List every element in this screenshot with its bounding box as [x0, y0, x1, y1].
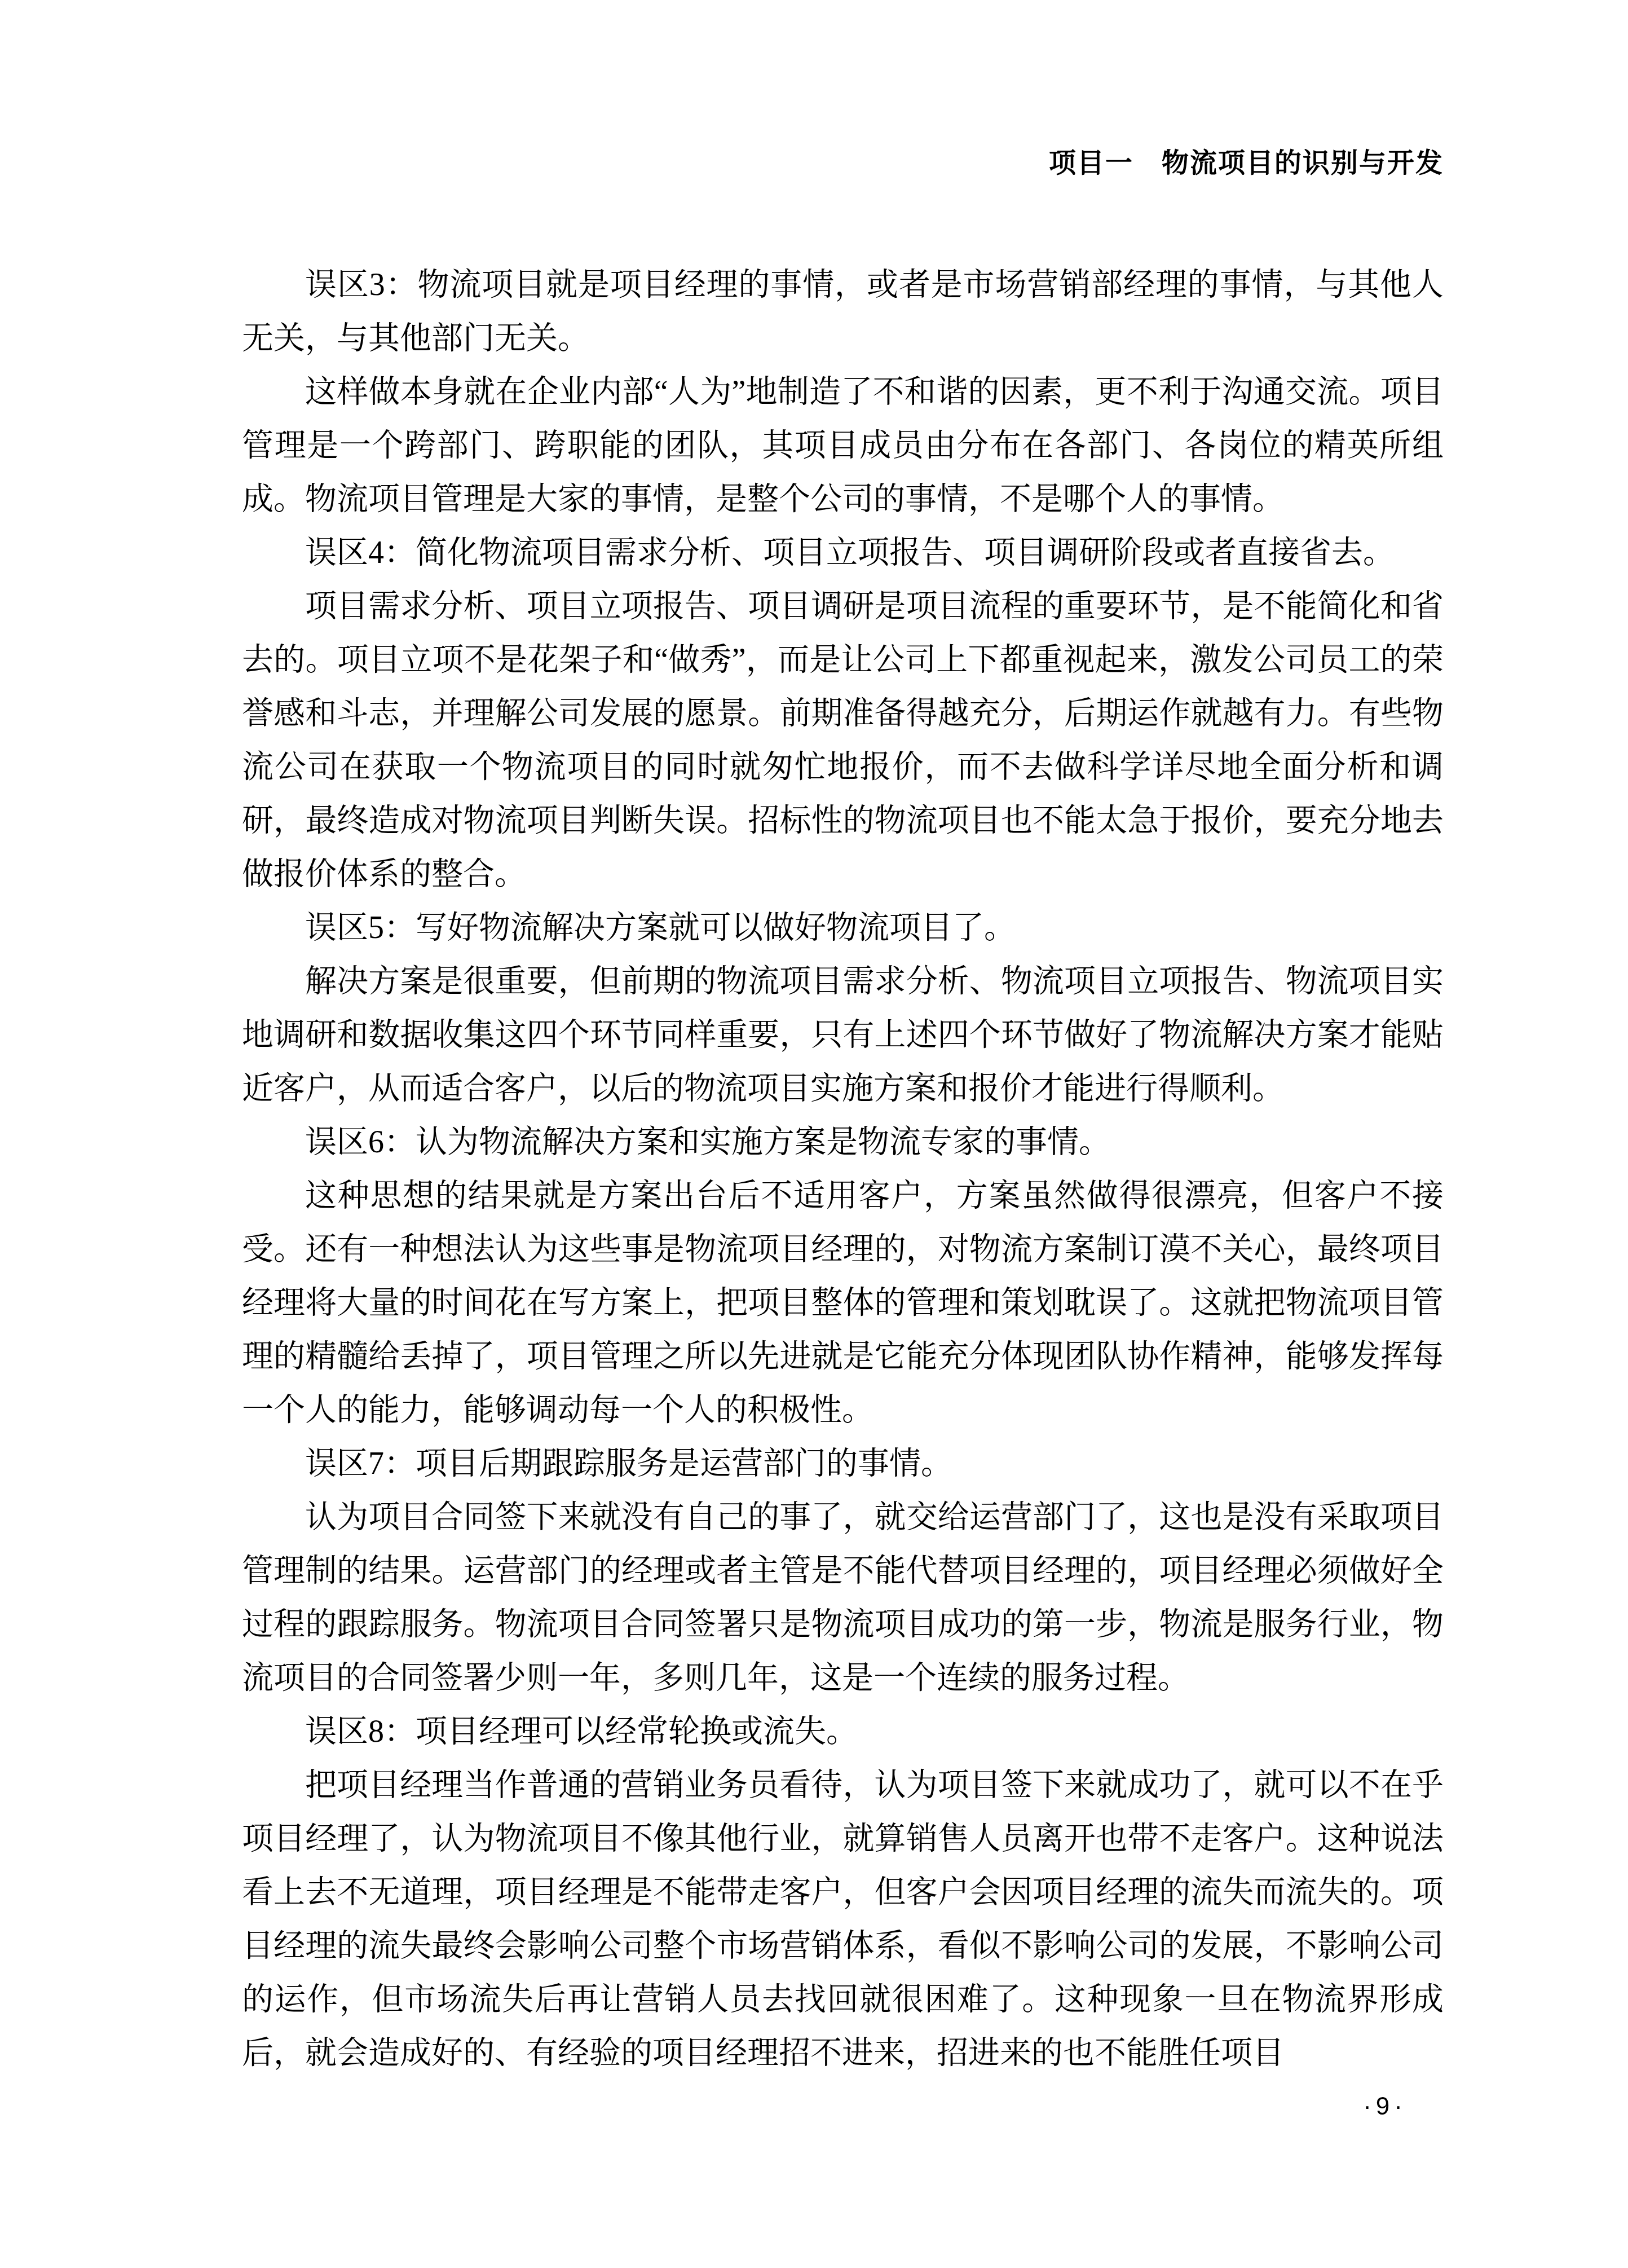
paragraph-misconception-7-body: 认为项目合同签下来就没有自己的事了，就交给运营部门了，这也是没有采取项目管理制的… — [242, 1491, 1444, 1705]
paragraph-misconception-5: 误区5：写好物流解决方案就可以做好物流项目了。 — [242, 901, 1444, 955]
paragraph-misconception-4: 误区4：简化物流项目需求分析、项目立项报告、项目调研阶段或者直接省去。 — [242, 526, 1444, 580]
running-head: 项目一 物流项目的识别与开发 — [242, 147, 1444, 180]
paragraph-misconception-3-body: 这样做本身就在企业内部“人为”地制造了不和谐的因素，更不利于沟通交流。项目管理是… — [242, 365, 1444, 526]
paragraph-misconception-4-body: 项目需求分析、项目立项报告、项目调研是项目流程的重要环节，是不能简化和省去的。项… — [242, 580, 1444, 901]
paragraph-misconception-6: 误区6：认为物流解决方案和实施方案是物流专家的事情。 — [242, 1116, 1444, 1169]
paragraph-misconception-6-body: 这种思想的结果就是方案出台后不适用客户，方案虽然做得很漂亮，但客户不接受。还有一… — [242, 1169, 1444, 1437]
paragraph-misconception-5-body: 解决方案是很重要，但前期的物流项目需求分析、物流项目立项报告、物流项目实地调研和… — [242, 955, 1444, 1116]
body-text: 误区3：物流项目就是项目经理的事情，或者是市场营销部经理的事情，与其他人无关，与… — [242, 258, 1444, 2080]
paragraph-misconception-3: 误区3：物流项目就是项目经理的事情，或者是市场营销部经理的事情，与其他人无关，与… — [242, 258, 1444, 365]
paragraph-misconception-7: 误区7：项目后期跟踪服务是运营部门的事情。 — [242, 1437, 1444, 1491]
paragraph-misconception-8-body: 把项目经理当作普通的营销业务员看待，认为项目签下来就成功了，就可以不在乎项目经理… — [242, 1759, 1444, 2080]
paragraph-misconception-8: 误区8：项目经理可以经常轮换或流失。 — [242, 1705, 1444, 1759]
book-page: 项目一 物流项目的识别与开发 误区3：物流项目就是项目经理的事情，或者是市场营销… — [0, 0, 1628, 2268]
page-number: ·9· — [242, 2090, 1407, 2124]
